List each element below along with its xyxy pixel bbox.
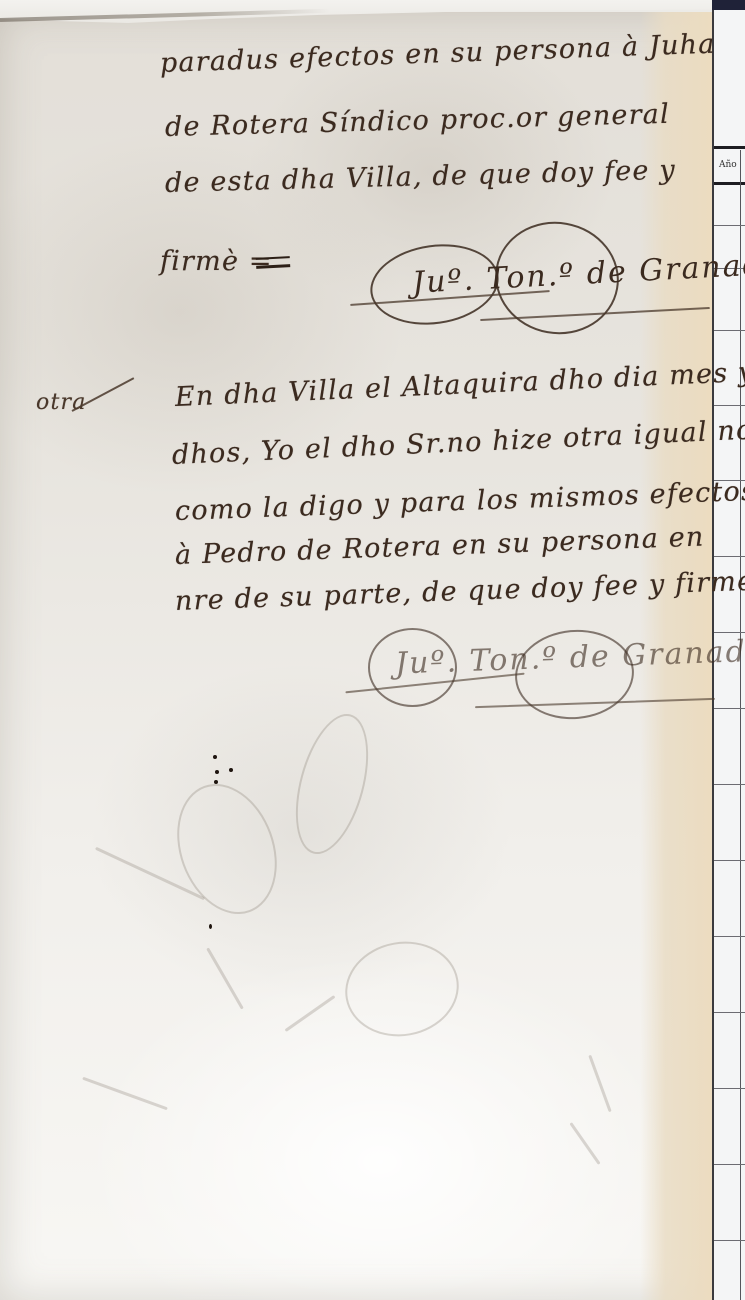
bleed-through-stroke bbox=[285, 995, 336, 1032]
ledger-rule bbox=[714, 936, 745, 937]
ledger-column-rule bbox=[740, 150, 741, 1300]
ledger-rule bbox=[714, 1240, 745, 1241]
ink-speck bbox=[214, 780, 218, 784]
ledger-rule bbox=[714, 632, 745, 633]
ledger-rule bbox=[714, 708, 745, 709]
scanner-background bbox=[712, 0, 745, 10]
bleed-through-stroke bbox=[338, 933, 467, 1045]
ledger-rule bbox=[714, 556, 745, 557]
bleed-through-stroke bbox=[206, 947, 244, 1009]
scanned-manuscript-page: Año paradus efectos en su persona à J bbox=[0, 0, 745, 1300]
bleed-through-stroke bbox=[160, 770, 294, 928]
ink-speck bbox=[229, 768, 233, 772]
ledger-rule bbox=[714, 1164, 745, 1165]
bleed-through-stroke bbox=[569, 1122, 600, 1165]
bleed-through-stroke bbox=[282, 706, 381, 862]
ledger-rule bbox=[714, 784, 745, 785]
ledger-rule bbox=[714, 1012, 745, 1013]
line-end-dash bbox=[256, 256, 291, 269]
ledger-rule bbox=[714, 405, 745, 406]
ledger-column-label: Año bbox=[719, 160, 737, 170]
ink-speck bbox=[215, 770, 219, 774]
margin-note: otra bbox=[36, 390, 87, 415]
bleed-through-stroke bbox=[588, 1055, 611, 1112]
bleed-through-stroke bbox=[82, 1077, 168, 1111]
ledger-rule bbox=[714, 330, 745, 331]
ink-speck bbox=[209, 924, 212, 929]
ledger-rule bbox=[714, 225, 745, 226]
ledger-rule bbox=[714, 146, 745, 149]
ink-speck bbox=[213, 755, 217, 759]
ledger-rule bbox=[714, 1088, 745, 1089]
ledger-rule bbox=[714, 860, 745, 861]
